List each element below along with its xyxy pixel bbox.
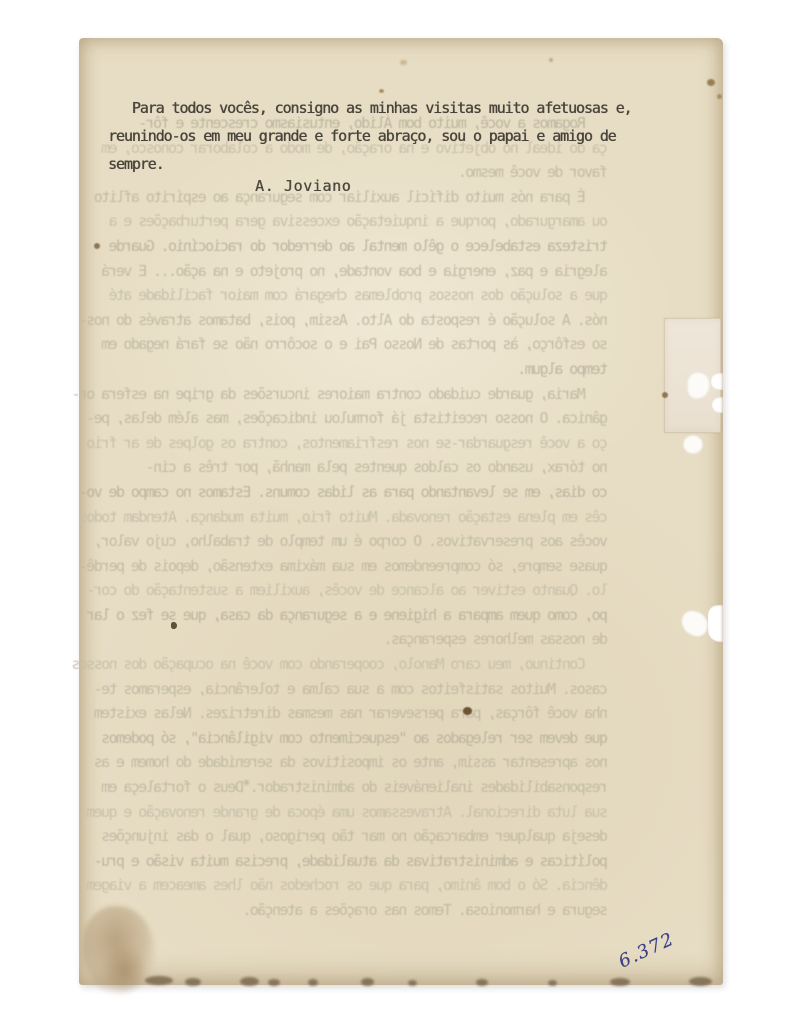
bleedthrough-line: gânica. O nosso receitista já formulou i… — [79, 406, 608, 431]
edge-smudge — [185, 978, 201, 986]
edge-notch — [712, 397, 723, 413]
bleedthrough-line: deseja qualquer embarcação no mar tão pe… — [79, 824, 608, 849]
bleedthrough-line: lo. Quanto estiver ao alcance de vocês, … — [79, 578, 608, 603]
stain — [379, 89, 384, 93]
document-page: Rogamos a você, muito bom Álido, entusia… — [79, 38, 723, 985]
bleedthrough-line: nós. A solução é resposta do Alto. Assim… — [79, 308, 608, 333]
bleedthrough-line: sua luta direcional. Atravessamos uma ép… — [79, 800, 608, 825]
stain — [400, 60, 407, 65]
bleedthrough-line: cês em plena estação renovada. Muito fri… — [79, 505, 608, 530]
bleedthrough-line: no tórax, usando os caldos quentes pela … — [79, 455, 608, 480]
bleedthrough-line: po, como quem ampara a higiene e a segur… — [79, 603, 608, 628]
bleedthrough-line: vocês aos preservativos. O corpo é um te… — [79, 529, 608, 554]
stain — [94, 243, 100, 249]
large-stain — [105, 946, 145, 994]
stain — [662, 392, 668, 398]
closing-paragraph: Para todos vocês, consigno as minhas vis… — [108, 94, 688, 178]
bleedthrough-line: ou amargurado, porque a inquietação exce… — [79, 209, 608, 234]
bleedthrough-line: responsabilidades inalienáveis do admini… — [79, 775, 608, 800]
bleedthrough-line: tristeza estabelece o gêlo mental ao der… — [79, 234, 608, 259]
stain — [463, 707, 472, 715]
edge-smudge — [361, 978, 374, 986]
bleedthrough-line: dência. Só o bom ânimo, para que os roch… — [79, 873, 608, 898]
stain — [549, 58, 553, 62]
stain — [171, 622, 177, 629]
stain — [707, 79, 715, 86]
bleedthrough-line: casos. Muitos satisfeitos com a sua calm… — [79, 677, 608, 702]
typed-line: reunindo-os em meu grande e forte abraço… — [108, 122, 688, 150]
bleedthrough-line: nha você fôrças, para perseverar nas mes… — [79, 701, 608, 726]
bleedthrough-line: Continuo, meu caro Manolo, cooperando co… — [79, 652, 608, 677]
edge-smudge — [408, 980, 417, 986]
handwritten-number: 6.372 — [615, 929, 677, 973]
typed-line: sempre. — [108, 150, 688, 178]
bleedthrough-line: quase sempre, só compreendemos em sua má… — [79, 554, 608, 579]
bleedthrough-line: de nossas melhores esperanças. — [79, 627, 608, 652]
edge-smudge — [145, 976, 173, 985]
edge-smudge — [240, 977, 259, 986]
edge-smudge — [548, 980, 557, 986]
edge-smudge — [268, 979, 280, 986]
typed-line: Para todos vocês, consigno as minhas vis… — [108, 94, 688, 122]
bleedthrough-line: alegria e paz, energia e boa vontade, no… — [79, 259, 608, 284]
paper-hole — [683, 435, 703, 454]
edge-notch — [711, 373, 723, 390]
bleedthrough-text: Rogamos a você, muito bom Álido, entusia… — [79, 111, 723, 923]
edge-smudge — [476, 979, 488, 986]
scanned-document: Rogamos a você, muito bom Álido, entusia… — [0, 0, 806, 1024]
bleedthrough-line: so esfôrço, às portas de Nosso Pai e o s… — [79, 332, 608, 357]
bleedthrough-line: ço a você resguardar-se nos resfriamento… — [79, 431, 608, 456]
edge-smudge — [610, 978, 630, 986]
edge-smudge — [689, 977, 712, 986]
signature: A. Joviano — [255, 172, 351, 200]
edge-tear — [708, 605, 723, 642]
bleedthrough-line: tempo algum. — [79, 357, 608, 382]
bleedthrough-line: Maria, guarde cuidado contra maiores inc… — [79, 382, 608, 407]
stain — [244, 780, 249, 785]
bleedthrough-line: políticas e administrativas da atualidad… — [79, 849, 608, 874]
bleedthrough-line: que a solução dos nossos problemas chega… — [79, 283, 608, 308]
edge-smudge — [308, 979, 318, 986]
bleedthrough-line: segura e harmoniosa. Temos nas orações a… — [79, 898, 608, 923]
bleedthrough-line: nos apresentar assim, ante os impositivo… — [79, 750, 608, 775]
bleedthrough-line: que devem ser relegados ao "esquecimento… — [79, 726, 608, 751]
bleedthrough-line: co dias, em se levantando para as lidas … — [79, 480, 608, 505]
stain — [717, 94, 722, 99]
